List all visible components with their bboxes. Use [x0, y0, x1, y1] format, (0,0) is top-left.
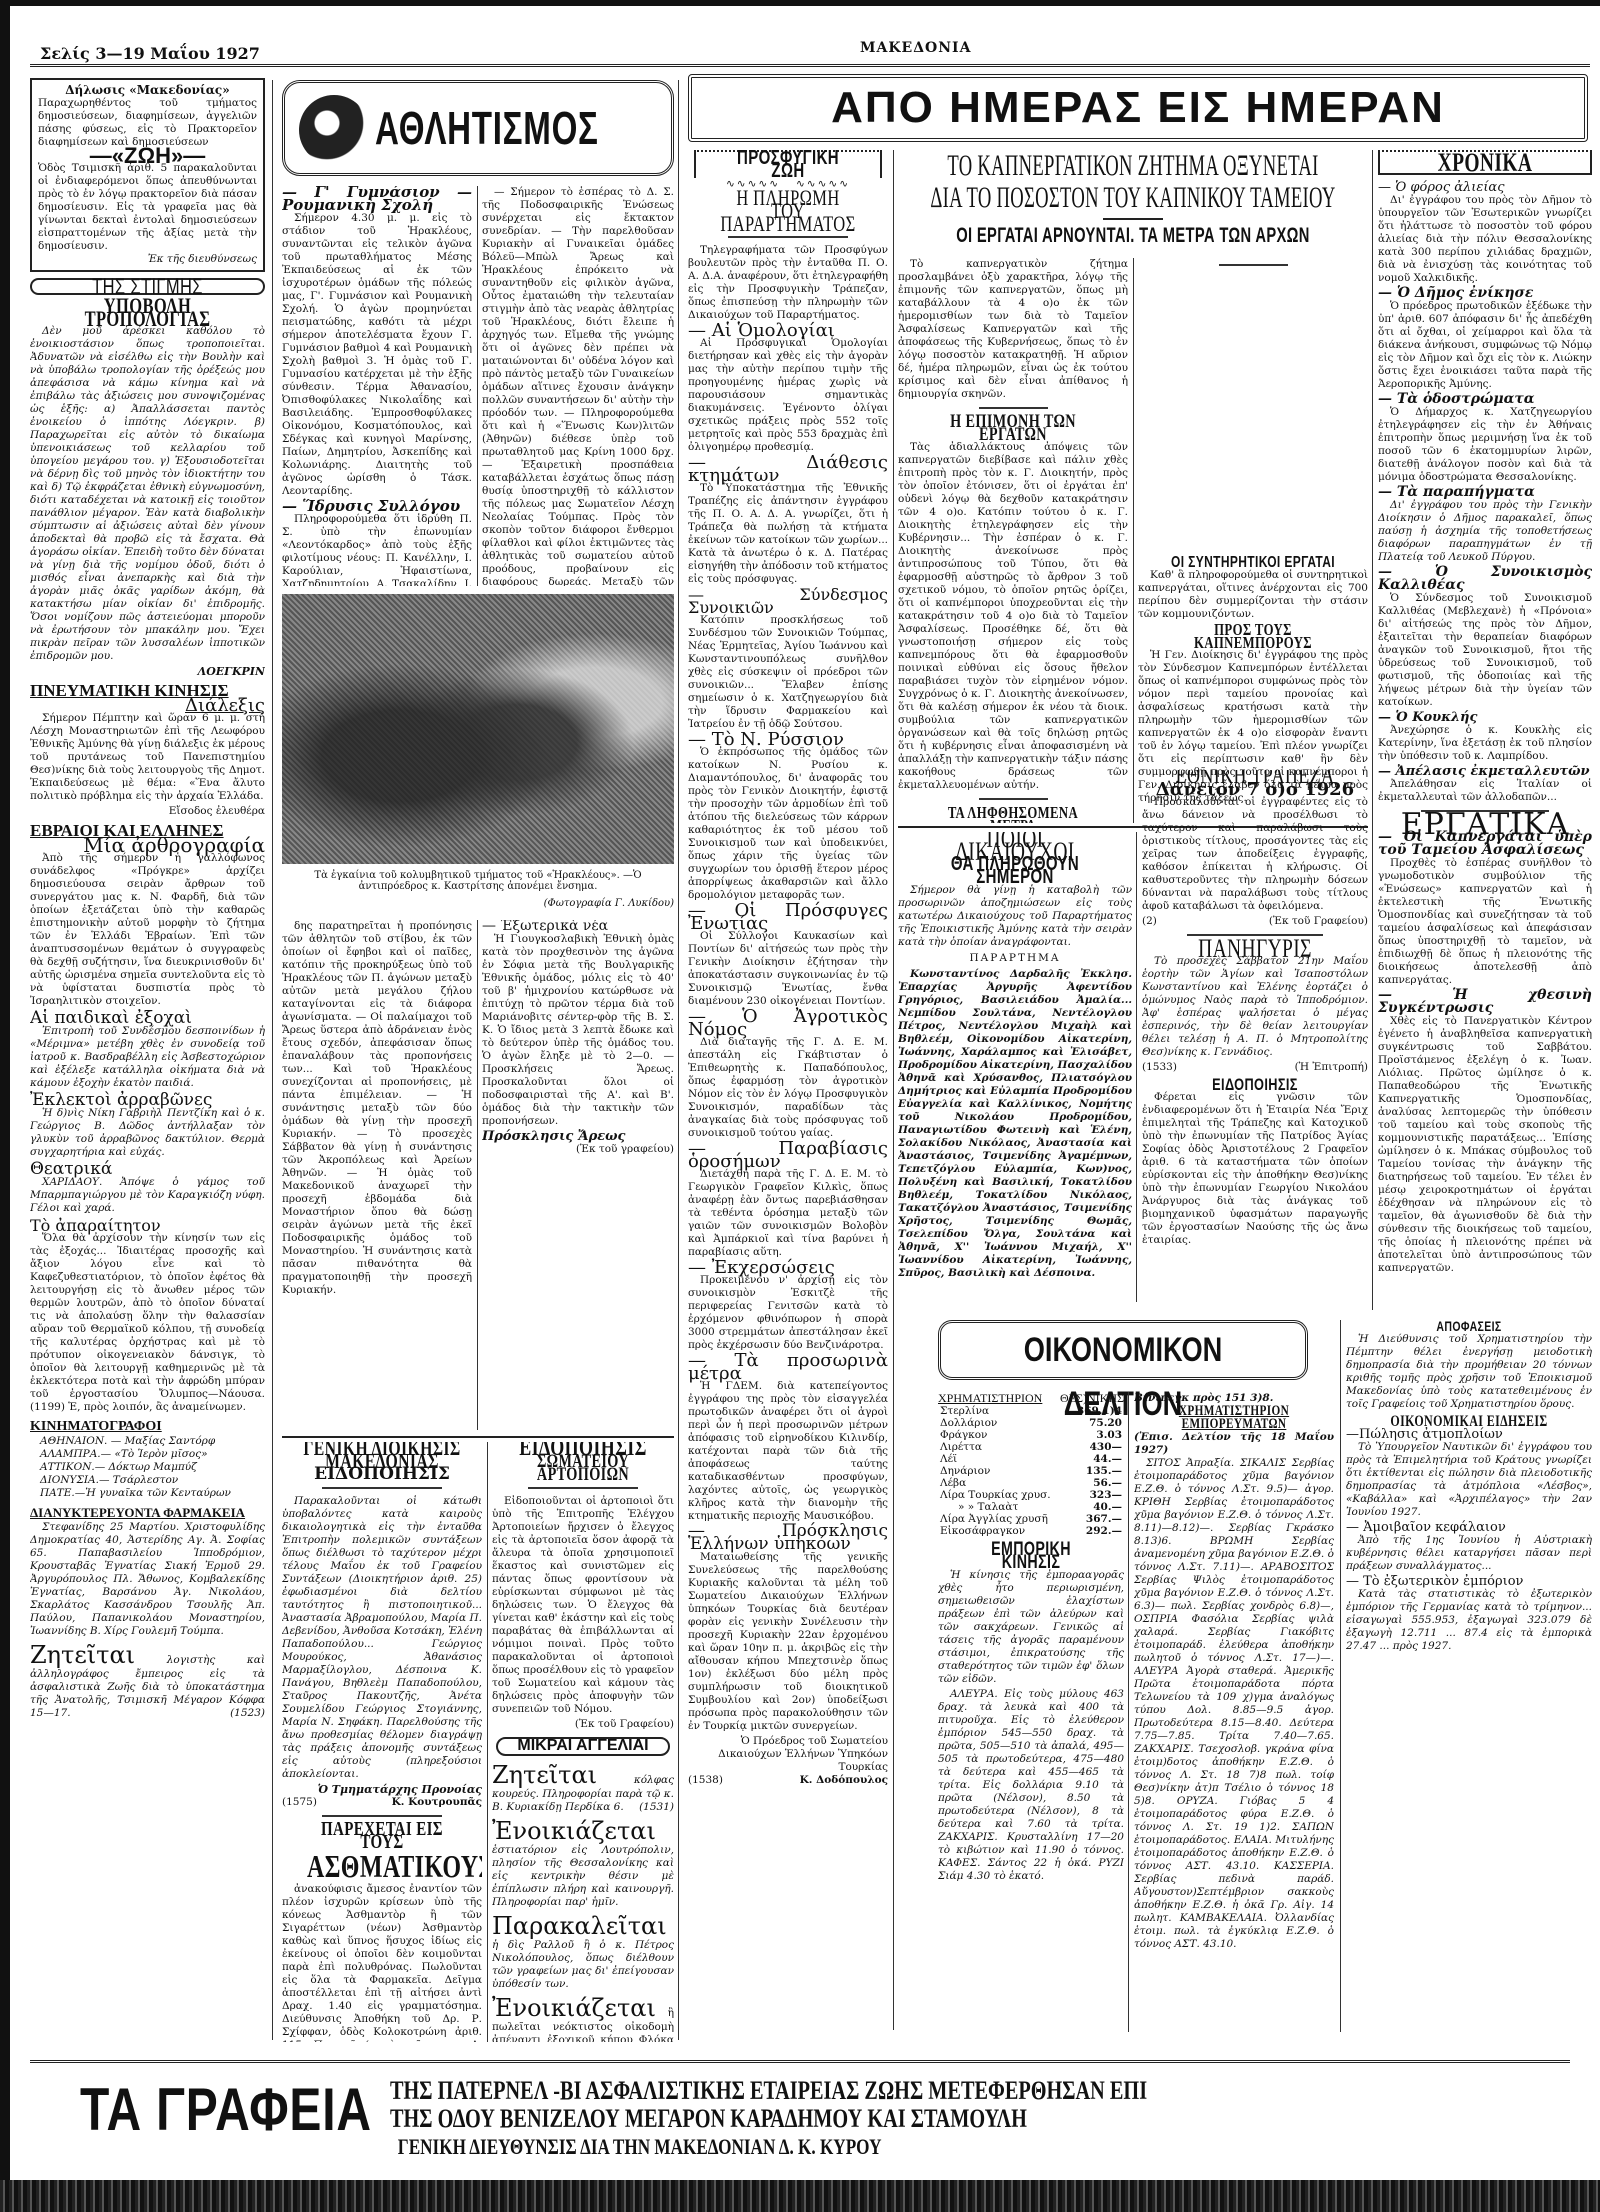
proskl-title: Πρόσκλησις Ἄρεως — [482, 1130, 674, 1143]
dioikisis-sign-role: Ὁ Τμηματάρχης Προνοίας — [282, 1783, 482, 1796]
prosfygiki-item: — Αἱ Ὁμολογίαι Αἱ Προσφυγικαὶ Ὁμολογίαι … — [688, 324, 888, 454]
dikaiouxoi-title-2: ΘΑ ΠΛΗΡΩΘΟΥΝ ΣΗΜΕΡΟΝ — [927, 858, 1103, 884]
table-row: Λέϊ44.— — [938, 1453, 1124, 1465]
table-row: Λίρα Τουρκίας χρυσ.323— — [938, 1489, 1124, 1501]
emporiki-body: Ἡ κίνησις τῆς ἐμπορααγορᾶς χθὲς ἦτο περι… — [938, 1569, 1124, 1686]
cinema-item: ΑΤΤΙΚΟΝ.— Δόκτωρ Μαμπύζ — [40, 1461, 265, 1474]
dioikisis-sign-row: (1575) Κ. Κουτρουπᾶς — [282, 1796, 482, 1809]
ad-word: Ζητεῖται — [492, 1761, 597, 1789]
oikonomikon-banner: ΟΙΚΟΝΟΜΙΚΟΝ ΔΕΛΤΙΟΝ — [938, 1320, 1308, 1380]
gym-body: Σήμερον 4.30 μ. μ. εἰς τὸ στάδιον τοῦ Ἡρ… — [282, 212, 472, 498]
main-banner-title: ΑΠΟ ΗΜΕΡΑΣ ΕΙΣ ΗΜΕΡΑΝ — [692, 78, 1584, 138]
plirom-title-2: ΤΟΥ ΠΑΡΑΡΤΗΜΑΤΟΣ — [713, 204, 863, 230]
prosfygiki-item: — Τὸ Ν. Ρύσσιον Ὁ ἐκπρόσωπος τῆς ὁμάδος … — [688, 733, 888, 902]
item-body: Διὰ διαταγῆς τῆς Γ. Δ. Ε. Μ. ἀπεστάλη εἰ… — [688, 1036, 888, 1140]
item-body: Ὁ Σύνδεσμος τοῦ Συνοικισμοῦ Καλλιθέας (Μ… — [1378, 592, 1592, 709]
sports-col-right: — Σήμερον τὸ ἑσπέρας τὸ Δ. Σ. τῆς Ποδοσφ… — [482, 186, 674, 586]
column-divider — [1372, 150, 1373, 1310]
emporiki-title: ΕΜΠΟΡΙΚΗ ΚΙΝΗΣΙΣ — [961, 1543, 1101, 1569]
item-title: — Τὰ παραπήγματα — [1378, 486, 1592, 499]
xronika-item: — Ἀπέλασις ἐκμεταλλευτῶν Ἀπελάθησαν εἰς … — [1378, 765, 1592, 804]
xronika-item: — Ὁ Κουκλής Ἀνεχώρησε ὁ κ. Κουκλὴς εἰς Κ… — [1378, 711, 1592, 763]
footer-advertisement: ΤΑ ΓΡΑΦΕΙΑ ΤΗΣ ΠΑΤΕΡΝΕΛ -ΒΙ ΑΣΦΑΛΙΣΤΙΚΗΣ… — [80, 2075, 1560, 2185]
item-body: Ἀπὸ τῆς 1ης Ἰουνίου ἡ Αὐστριακὴ κυβέρνησ… — [1346, 1534, 1592, 1573]
dioikisis-body: Παρακαλοῦνται οἱ κάτωθι ὑποβαλόντες κατὰ… — [282, 1495, 482, 1781]
dioikisis-code: (1575) — [282, 1796, 317, 1809]
xrim-header: ΧΡΗΜΑΤΙΣΤΗΡΙΟΝ ΘΕΣ)ΝΙΚΗΣ — [938, 1392, 1124, 1405]
sports-bottom-rule — [282, 1436, 674, 1438]
classified-ad: Παρακαλεῖται ἡ δὶς Ραλλοῦ ἢ ὁ κ. Πέτρος … — [492, 1913, 674, 1991]
item-title: — Τὰ ὁδοστρώματα — [1378, 393, 1592, 406]
kinima-list: ΑΘΗΝΑΙΟΝ. — Μαξίας Σαντόρφ ΑΛΑΜΠΡΑ.— «Τὸ… — [30, 1435, 265, 1500]
kapn-sub: ΟΙ ΕΡΓΑΤΑΙ ΑΡΝΟΥΝΤΑΙ. ΤΑ ΜΕΤΡΑ ΤΩΝ ΑΡΧΩΝ — [923, 224, 1343, 248]
currency: Στερλίνα — [938, 1405, 1068, 1417]
currency: Λίρα Ἀγγλίας χρυσῆ — [938, 1513, 1068, 1525]
item-body: Δι' ἐγγράφου του πρὸς τὴν Γενικὴν Διοίκη… — [1378, 499, 1592, 564]
eidop-title: ΕΙΔΟΠΟΙΗΣΙΣ — [1170, 1078, 1340, 1091]
notice-name: —«ΖΩΗ»— — [38, 149, 257, 162]
artopoioi-sign: (Ἐκ τοῦ Γραφείου) — [492, 1718, 674, 1731]
header-rule — [30, 64, 1590, 68]
dioikisis-title: ΓΕΝΙΚΗ ΔΙΟΙΚΗΣΙΣ ΜΑΚΕΔΟΝΙΑΣ — [285, 1442, 480, 1468]
proskl-sign-row: (1538) Κ. Δοδόπουλος — [688, 1774, 888, 1787]
item-title: — Αἱ Ὁμολογίαι — [688, 324, 888, 337]
farm-body: Στεφανίδης 25 Μαρτίου. Χριστοφυλίδης Δημ… — [30, 1521, 265, 1638]
epimoni-body: Τὰς ἀδιαλλάκτους ἀπόψεις τῶν καπνεργατῶν… — [898, 441, 1128, 792]
exchange-rates-table: Στερλίνα369.1)4 Δολλάριον75.20 Φράγκον3.… — [938, 1405, 1124, 1537]
column-1: Δήλωσις «Μακεδονίας» Παραχωρηθέντος τοῦ … — [30, 78, 265, 2048]
zitite-word: Ζητεῖται — [30, 1641, 135, 1669]
table-row: Στερλίνα369.1)4 — [938, 1405, 1124, 1417]
separator — [528, 1487, 637, 1489]
separator — [322, 1815, 442, 1817]
column-divider — [1128, 1392, 1129, 2032]
item-body: Τὸ Ὑπουργεῖον Ναυτικῶν δι' ἐγγράφου του … — [1346, 1441, 1592, 1519]
dateline: Σελίς 3—19 Μαΐου 1927 — [40, 44, 260, 63]
sports-lower-left-body: δης παρατηρεῖται ἡ προπόνησις τῶν ἀθλητῶ… — [282, 920, 472, 1297]
rate: 369.1)4 — [1068, 1405, 1124, 1417]
footer-big-title: ΤΑ ΓΡΑΦΕΙΑ — [80, 2075, 372, 2144]
ethniki-col: ΕΘΝΙΚΗ ΤΡΑΠΕΖΑ Δάνειον 7 ο)ο 1926 Προσκα… — [1142, 770, 1368, 1302]
item-body: Αἱ Προσφυγικαὶ Ὁμολογίαι διετήρησαν καὶ … — [688, 337, 888, 454]
plirom-body: Τηλεγραφήματα τῶν Προσφύγων βουλευτῶν πρ… — [688, 244, 888, 322]
dialexis-title: Διάλεξις — [30, 699, 265, 712]
athlete-icon — [299, 95, 369, 165]
item-title: — Τὸ ἐξωτερικὸν ἐμπόριον — [1346, 1575, 1592, 1588]
apofaseis-title: ΑΠΟΦΑΣΕΙΣ — [1377, 1320, 1562, 1333]
sports-photo-block: Τὰ ἐγκαίνια τοῦ κολυμβητικοῦ τμήματος το… — [282, 590, 674, 915]
rate: 44.— — [1068, 1453, 1124, 1465]
proskl-sign-role: Ὁ Πρόεδρος τοῦ Σωματείου Δικαιούχων Ἑλλή… — [688, 1735, 888, 1774]
item-body: Ἀνεχώρησε ὁ κ. Κουκλὴς εἰς Κατερίνην, ἵν… — [1378, 724, 1592, 763]
xronika-item: — Τὰ ὁδοστρώματα Ὁ Δήμαρχος κ. Χατζηγεωρ… — [1378, 393, 1592, 484]
metra-title: ΤΑ ΛΗΦΘΗΣΟΜΕΝΑ ΜΕΤΡΑ — [927, 806, 1100, 823]
prosfygiki-item: — Τὰ προσωρινὰ μέτρα Ἡ ΓΔΕΜ. διὰ κατεπεί… — [688, 1354, 888, 1523]
xronika-col: ΧΡΟΝΙΚΑ — Ὁ φόρος ἀλιείας Δι' ἐγγράφου τ… — [1378, 150, 1592, 1310]
ethniki-body: Προσκαλοῦνται οἱ ἐγγραφέντες εἰς τὸ ἄνω … — [1142, 796, 1368, 913]
classified-ad: Ἐνοικιάζεται ἢ πωλεῖται νεόκτιστος οἰκοδ… — [492, 1995, 674, 2042]
photo-credit: (Φωτογραφία Γ. Λυκίδου) — [282, 898, 674, 909]
kapn-rule — [1103, 218, 1163, 220]
kapn-title-2: ΔΙΑ ΤΟ ΠΟΣΟΣΤΟΝ ΤΟΥ ΚΑΠΝΙΚΟΥ ΤΑΜΕΙΟΥ — [897, 182, 1368, 214]
zitite-code: (1523) — [230, 1707, 265, 1720]
table-row: Λέβα56.— — [938, 1477, 1124, 1489]
xronika-item: — Ὁ φόρος ἀλιείας Δι' ἐγγράφου του πρὸς … — [1378, 181, 1592, 285]
artopoioi-col: ΕΙΔΟΠΟΙΗΣΙΣ ΣΩΜΑΤΕΙΟΥ ΑΡΤΟΠΟΙΩΝ Εἰδοποιο… — [492, 1442, 674, 2042]
apofaseis-body: Ἡ Διεύθυνσις τοῦ Χρηματιστηρίου τὴν Πέμπ… — [1346, 1333, 1592, 1411]
sports-banner-title: ΑΘΛΗΤΙΣΜΟΣ — [375, 101, 599, 155]
column-divider — [678, 80, 679, 2040]
classified-ad: Ζητεῖται κόλφας κουρεύς. Πληροφορίαι παρ… — [492, 1762, 674, 1814]
rate: 292.— — [1068, 1525, 1124, 1537]
separator — [979, 798, 1048, 800]
table-row: Φράγκον3.03 — [938, 1429, 1124, 1441]
main-banner: ΑΠΟ ΗΜΕΡΑΣ ΕΙΣ ΗΜΕΡΑΝ — [688, 74, 1588, 142]
dikaiouxoi-col: ΠΟΙΟΙ ΔΙΚΑΙΟΥΧΟΙ ΘΑ ΠΛΗΡΩΘΟΥΝ ΣΗΜΕΡΟΝ Σή… — [898, 832, 1132, 1302]
panig-title: ΠΑΝΗΓΥΡΙΣ — [1170, 942, 1340, 955]
apanteixon-body: Ὅλα θὰ ἀρχίσουν τὴν κίνησίν των εἰς τὰς … — [30, 1232, 265, 1414]
artopoioi-sub: ΣΩΜΑΤΕΙΟΥ ΑΡΤΟΠΟΙΩΝ — [515, 1455, 652, 1481]
separator — [979, 407, 1048, 409]
item-body: Ὁ Δήμαρχος κ. Χατζηγεωργίου ἐτηλεγράφησε… — [1378, 406, 1592, 484]
ad-word: Ἐνοικιάζεται — [492, 1817, 656, 1845]
apanteixon-title: Τὸ ἀπαραίτητον — [30, 1219, 265, 1232]
kapn-body: Τὸ καπνεργατικὸν ζήτημα προσλαμβάνει ὀξὺ… — [898, 258, 1128, 401]
currency: » » Ταλαὰτ — [938, 1501, 1068, 1513]
rate: 3.03 — [1068, 1429, 1124, 1441]
prosfygiki-section-box: ΠΡΟΣΦΥΓΙΚΗ ΖΩΗ — [694, 150, 882, 178]
prosfygiki-item: — Πρόσκλησις Ἑλλήνων ὑπηκόων Ματαιωθείση… — [688, 1525, 888, 1733]
ergatika-item: — Οἱ Καπνεργάται ὑπὲρ τοῦ Ταμείου Ἀσφαλί… — [1378, 831, 1592, 987]
ethniki-sign: (Ἐκ τοῦ Γραφείου) — [1269, 915, 1368, 928]
prosfygiki-section: ΠΡΟΣΦΥΓΙΚΗ ΖΩΗ — [719, 152, 857, 178]
footer-rule — [30, 2060, 1570, 2063]
column-divider — [1340, 1320, 1341, 2032]
column-divider — [487, 1442, 488, 2042]
mikrai-header: ΜΙΚΡΑΙ ΑΓΓΕΛΙΑΙ — [496, 1737, 670, 1756]
column-divider — [477, 186, 478, 586]
gym-title: — Γ' Γυμνάσιον — Ρουμανικὴ Σχολή — [282, 186, 472, 212]
panig-sign-row: (1533) (Ἡ Ἐπιτροπή) — [1142, 1061, 1368, 1074]
item-title: — Ὁ φόρος ἀλιείας — [1378, 181, 1592, 194]
ad-text: ἡ δὶς Ραλλοῦ ἢ ὁ κ. Πέτρος Νικολόπουλος,… — [492, 1939, 674, 1990]
scan-bottom-edge — [0, 2180, 1600, 2212]
table-row: Δολλάριον75.20 — [938, 1417, 1124, 1429]
item-title: — Τὸ Ν. Ρύσσιον — [688, 733, 888, 746]
arravones-body: Ἡ δ)νὶς Νίκη Γαβριὴλ Πεντζίκη καὶ ὁ κ. Γ… — [30, 1107, 265, 1159]
scan-top-border — [0, 0, 1600, 6]
item-body: Κατὰ τὰς στατιστικὰς τὸ ἐξωτερικὸν ἐμπόρ… — [1346, 1588, 1592, 1653]
swimming-photo — [282, 594, 674, 864]
item-body: Ὁ πρόεδρος πρωτοδικῶν ἐξέδωκε τὴν ὑπ' ἀρ… — [1378, 300, 1592, 391]
idrysis-body: Πληροφορούμεθα ὅτι ἱδρύθη Π. Σ. ὑπὸ τὴν … — [282, 513, 472, 586]
evraioi-sub: Μία ἀρθρογραφία — [30, 839, 265, 852]
xrim-empor-date: (Ἐπισ. Δελτίον τῆς 18 Μαΐου 1927) — [1134, 1431, 1334, 1457]
ad-code: (1531) — [639, 1801, 674, 1814]
currency: Λίρα Τουρκίας χρυσ. — [938, 1489, 1068, 1501]
panig-body: Τὸ προσεχὲς Σάββατον 21ην Μαΐου ἑορτὴν τ… — [1142, 955, 1368, 1059]
item-body: Διετάχθη παρὰ τῆς Γ. Δ. Ε. Μ. τὸ Γεωργικ… — [688, 1168, 888, 1259]
oikonomikon-left: ΧΡΗΜΑΤΙΣΤΗΡΙΟΝ ΘΕΣ)ΝΙΚΗΣ Στερλίνα369.1)4… — [938, 1392, 1124, 2032]
rate: 430— — [1068, 1441, 1124, 1453]
xronika-item: — Ὁ Δῆμος ἐνίκησε Ὁ πρόεδρος πρωτοδικῶν … — [1378, 287, 1592, 391]
notice-sign: Ἐκ τῆς διευθύνσεως — [38, 253, 257, 266]
rate: 75.20 — [1068, 1417, 1124, 1429]
ad-word: Παρακαλεῖται — [492, 1912, 667, 1940]
item-body: Χθὲς εἰς τὸ Πανεργατικὸν Κέντρον ἐγένετο… — [1378, 1015, 1592, 1275]
footer-lines: ΤΗΣ ΠΑΤΕΡΝΕΛ -ΒΙ ΑΣΦΑΛΙΣΤΙΚΗΣ ΕΤΑΙΡΕΙΑΣ … — [390, 2077, 1147, 2161]
prosfygiki-item: — Οἱ Πρόσφυγες Ἐνωτίας Οἱ Σύλλογοι Καυκα… — [688, 904, 888, 1008]
item-body: Προχθὲς τὸ ἑσπέρας συνῆλθον τὸ γνωμοδοτι… — [1378, 857, 1592, 987]
asthma-body: ἀνακούφισις ἄμεσος ἐναντίον τῶν πλέον ἰσ… — [282, 1883, 482, 2042]
dikaiouxoi-body: Σήμερον θὰ γίνῃ ἡ καταβολὴ τῶν προσωρινῶ… — [898, 884, 1132, 949]
currency: Λιρέττα — [938, 1441, 1068, 1453]
artopoioi-body: Εἰδοποιοῦνται οἱ ἀρτοποιοὶ ὅτι ὑπὸ τῆς Ἐ… — [492, 1495, 674, 1716]
item-body: Ματαιωθείσης τῆς γενικῆς Συνελεύσεως τῆς… — [688, 1551, 888, 1733]
ad-word: Ἐνοικιάζεται — [492, 1994, 656, 2022]
column-divider — [893, 150, 894, 2030]
tropologia-body: Δὲν μοῦ ἀρέσκει καθόλου τὸ ἐνοικιοστάσιο… — [30, 325, 265, 663]
proskl-name: Κ. Δοδόπουλος — [800, 1774, 888, 1787]
table-row: Λίρα Ἀγγλίας χρυσῆ367.— — [938, 1513, 1124, 1525]
item-title: — Ὁ Συνοικισμὸς Καλλιθέας — [1378, 566, 1592, 592]
panig-sign: (Ἡ Ἐπιτροπή) — [1295, 1061, 1368, 1074]
sports-banner: ΑΘΛΗΤΙΣΜΟΣ — [282, 80, 674, 176]
rate: 323— — [1068, 1489, 1124, 1501]
notice-title: Δήλωσις «Μακεδονίας» — [38, 84, 257, 97]
notice-tail: Ὁδὸς Τσιμισκῆ ἀριθ. 5 παρακαλοῦνται οἱ ἐ… — [38, 162, 257, 253]
idrysis-title: — Ἵδρυσις Συλλόγου — [282, 500, 472, 513]
exoxai-title: Αἱ παιδικαὶ ἐξοχαὶ — [30, 1012, 265, 1025]
proskl-sign: (Ἐκ τοῦ γραφείου) — [482, 1143, 674, 1156]
item-title: — Διάθεσις κτημάτων — [688, 456, 888, 482]
xronika-item: — Τὰ παραπήγματα Δι' ἐγγράφου του πρὸς τ… — [1378, 486, 1592, 564]
footer-line-3: ΓΕΝΙΚΗ ΔΙΕΥΘΥΝΣΙΣ ΔΙΑ ΤΗΝ ΜΑΚΕΔΟΝΙΑΝ Δ. … — [390, 2133, 1147, 2161]
xrim-label: ΧΡΗΜΑΤΙΣΤΗΡΙΟΝ — [938, 1392, 1042, 1405]
prosfygiki-item: — Ὁ Ἀγροτικὸς Νόμος Διὰ διαταγῆς τῆς Γ. … — [688, 1010, 888, 1140]
photo-caption: Τὰ ἐγκαίνια τοῦ κολυμβητικοῦ τμήματος το… — [282, 870, 674, 892]
xronika-item: — Ὁ Συνοικισμὸς Καλλιθέας Ὁ Σύνδεσμος το… — [1378, 566, 1592, 709]
currency: Λέβα — [938, 1477, 1068, 1489]
page-edge-shadow — [0, 0, 10, 2212]
item-title: — Ὁ Δῆμος ἐνίκησε — [1378, 287, 1592, 300]
item-body: Οἱ Σύλλογοι Καυκασίων καὶ Ποντίων δι' αἰ… — [688, 930, 888, 1008]
item-body: Κατόπιν προσκλήσεως τοῦ Συνδέσμου τῶν Συ… — [688, 614, 888, 731]
sports-lower-left: δης παρατηρεῖται ἡ προπόνησις τῶν ἀθλητῶ… — [282, 920, 472, 1430]
currency: Φράγκον — [938, 1429, 1068, 1441]
column-divider — [1133, 258, 1134, 823]
asthma-title-1: ΠΑΡΕΧΕΤΑΙ ΕΙΣ ΤΟΥΣ — [307, 1823, 457, 1849]
item-title: — Ὁ Κουκλής — [1378, 711, 1592, 724]
prosfygiki-col: ΠΡΟΣΦΥΓΙΚΗ ΖΩΗ ∿∿∿∿∿ ∿∿∿∿∿ Η ΠΛΗΡΩΜΗ ΤΟΥ… — [688, 150, 888, 2030]
eidiseis-item: —Πώλησις ἀτμοπλοίων Τὸ Ὑπουργεῖον Ναυτικ… — [1346, 1428, 1592, 1519]
emporiki-body-2: ΑΛΕΥΡΑ. Εἰς τοὺς μύλους 463 δραχ. τὰ λευ… — [938, 1688, 1124, 1883]
item-title: — Παραβίασις ὁροσήμων — [688, 1142, 888, 1168]
exoterika-title: — Ἐξωτερικὰ νέα — [482, 920, 674, 933]
ergatika-item: — Ἡ χθεσινὴ Συγκέντρωσις Χθὲς εἰς τὸ Παν… — [1378, 989, 1592, 1275]
arravones-title: Ἐκλεκτοὶ ἀρραβῶνες — [30, 1094, 265, 1107]
item-body: Ἀπελάθησαν εἰς Ἰταλίαν οἱ ἐκμεταλλευταὶ … — [1378, 778, 1592, 804]
dialexis-body: Σήμερον Πέμπτην καὶ ὥραν 6 μ. μ. στὴ Λέσ… — [30, 712, 265, 803]
rate: 367.— — [1068, 1513, 1124, 1525]
item-title: — Ἀμοιβαῖον κεφάλαιον — [1346, 1521, 1592, 1534]
footer-line-1: ΤΗΣ ΠΑΤΕΡΝΕΛ -ΒΙ ΑΣΦΑΛΙΣΤΙΚΗΣ ΕΤΑΙΡΕΙΑΣ … — [390, 2077, 1147, 2105]
dioikisis-col: ΓΕΝΙΚΗ ΔΙΟΙΚΗΣΙΣ ΜΑΚΕΔΟΝΙΑΣ ΕΙΔΟΠΟΙΗΣΙΣ … — [282, 1442, 482, 2042]
item-title: — Τὰ προσωρινὰ μέτρα — [688, 1354, 888, 1380]
partima-body: Κωνσταντίνος Δαρδαλῆς Ἐκκλησ. Ἐπαρχίας Ἀ… — [898, 968, 1132, 1280]
column-divider — [477, 920, 478, 1430]
cinema-item: ΑΘΗΝΑΙΟΝ. — Μαξίας Σαντόρφ — [40, 1435, 265, 1448]
currency: Εἰκοσάφραγκον — [938, 1525, 1068, 1537]
notice-box: Δήλωσις «Μακεδονίας» Παραχωρηθέντος τοῦ … — [30, 78, 265, 272]
xronika-title: ΧΡΟΝΙΚΑ — [1411, 156, 1560, 169]
eidiseis-item: — Ἀμοιβαῖον κεφάλαιον Ἀπὸ τῆς 1ης Ἰουνίο… — [1346, 1521, 1592, 1573]
item-body: Ὁ ἐκπρόσωπος τῆς ὁμάδος τῶν κατοίκων Ν. … — [688, 746, 888, 902]
table-row: Λιρέττα430— — [938, 1441, 1124, 1453]
prosfygiki-item: — Παραβίασις ὁροσήμων Διετάχθη παρὰ τῆς … — [688, 1142, 888, 1259]
xrim-empor-title: ΧΡΗΜΑΤΙΣΤΗΡΙΟΝ ΕΜΠΟΡΕΥΜΑΤΩΝ — [1144, 1405, 1324, 1431]
cinema-item: ΠΑΤΕ.—Ἡ γυναῖκα τῶν Κενταύρων — [40, 1487, 265, 1500]
sports-col-left: — Γ' Γυμνάσιον — Ρουμανικὴ Σχολή Σήμερον… — [282, 186, 472, 586]
mikrai-title: ΜΙΚΡΑΙ ΑΓΓΕΛΙΑΙ — [517, 1737, 648, 1754]
column-divider — [1136, 832, 1137, 1302]
oikonomikon-far-right: ΑΠΟΦΑΣΕΙΣ Ἡ Διεύθυνσις τοῦ Χρηματιστηρίο… — [1346, 1320, 1592, 2032]
synt-body: Καθ' ἃ πληροφορούμεθα οἱ συντηρητικοὶ κα… — [1138, 569, 1368, 621]
eidiseis-title: ΟΙΚΟΝΟΜΙΚΑΙ ΕΙΔΗΣΕΙΣ — [1377, 1415, 1562, 1428]
evraioi-body: Ἀπὸ τῆς σήμερον ἡ γαλλόφωνος συνάδελφος … — [30, 852, 265, 1008]
currency: Λέϊ — [938, 1453, 1068, 1465]
prosfygiki-item: — Σύνδεσμος Συνοικιῶν Κατόπιν προσκλήσεω… — [688, 588, 888, 731]
separator — [1219, 264, 1288, 266]
item-title: — Ὁ Ἀγροτικὸς Νόμος — [688, 1010, 888, 1036]
xronika-header: ΧΡΟΝΙΚΑ — [1378, 150, 1592, 175]
tropologia-title: ΥΠΟΒΟΛΗ ΤΡΟΠΟΛΟΓΙΑΣ — [59, 299, 235, 325]
xrim-city: ΘΕΣ)ΝΙΚΗΣ — [1060, 1392, 1124, 1405]
separator — [728, 236, 848, 238]
table-row: » » Ταλαὰτ40.— — [938, 1501, 1124, 1513]
kinima-title: ΚΙΝΗΜΑΤΟΓΡΑΦΟΙ — [30, 1420, 265, 1433]
sports-lower-right: — Ἐξωτερικὰ νέα Ἡ Γιουγκοσλαβικὴ Ἐθνικὴ … — [482, 920, 674, 1430]
item-title: — Πρόσκλησις Ἑλλήνων ὑπηκόων — [688, 1525, 888, 1551]
theatrika-title: Θεατρικά — [30, 1163, 265, 1176]
rate: 40.— — [1068, 1501, 1124, 1513]
pros-title: ΠΡΟΣ ΤΟΥΣ ΚΑΠΝΕΜΠΟΡΟΥΣ — [1167, 623, 1340, 649]
item-body: Δι' ἐγγράφου του πρὸς τὸν Δῆμον τὸ ὑπουρ… — [1378, 194, 1592, 285]
synt-title: ΟΙ ΣΥΝΤΗΡΗΤΙΚΟΙ ΕΡΓΑΤΑΙ — [1167, 556, 1340, 569]
proskl-code: (1538) — [688, 1774, 723, 1787]
asthma-title-2: ΑΣΘΜΑΤΙΚΟΥΣ — [307, 1849, 457, 1883]
theatrika-body: ΧΑΡΙΔΑΟΥ. Ἀπόψε ὁ γάμος τοῦ Μπαρμπαγιώργ… — [30, 1176, 265, 1215]
separator — [322, 1487, 442, 1489]
item-body: Τὸ Ὑποκατάστημα τῆς Ἐθνικῆς Τραπέζης εἰς… — [688, 482, 888, 586]
kapn-col-left: Τὸ καπνεργατικὸν ζήτημα προσλαμβάνει ὀξὺ… — [898, 258, 1128, 823]
cinema-item: ΑΛΑΜΠΡΑ.— «Τὸ Ἱερὸν μῖσος» — [40, 1448, 265, 1461]
kapn-col-right: ΟΙ ΣΥΝΤΗΡΗΤΙΚΟΙ ΕΡΓΑΤΑΙ Καθ' ἃ πληροφορο… — [1138, 258, 1368, 823]
item-title: — Σύνδεσμος Συνοικιῶν — [688, 588, 888, 614]
dialexis-sign: Εἴσοδος ἐλευθέρα — [30, 805, 265, 818]
item-title: — Ἐκχερσώσεις — [688, 1261, 888, 1274]
stigmis-title: ΤΗΣ ΣΤΙΓΜΗΣ — [61, 280, 234, 293]
eidiseis-item: — Τὸ ἐξωτερικὸν ἐμπόριον Κατὰ τὰς στατισ… — [1346, 1575, 1592, 1653]
table-row: Δηνάριον135.— — [938, 1465, 1124, 1477]
item-title: — Οἱ Πρόσφυγες Ἐνωτίας — [688, 904, 888, 930]
oikonomikon-right: Βίνιπεγκ πρὸς 151 3)8. ΧΡΗΜΑΤΙΣΤΗΡΙΟΝ ΕΜ… — [1134, 1392, 1334, 2032]
cinema-item: ΔΙΟΝΥΣΙΑ.— Τσάρλεστον — [40, 1474, 265, 1487]
item-body: Ἡ ΓΔΕΜ. διὰ κατεπείγοντος ἐγγράφου της π… — [688, 1380, 888, 1523]
item-title: — Ἀπέλασις ἐκμεταλλευτῶν — [1378, 765, 1592, 778]
farm-title: ΔΙΑΝΥΚΤΕΡΕΥΟΝΤΑ ΦΑΡΜΑΚΕΙΑ — [30, 1506, 265, 1519]
currency: Δηνάριον — [938, 1465, 1068, 1477]
xrim-empor-body: ΣΙΤΟΣ Ἀπραξία. ΣΙΚΑΛΙΣ Σερβίας ἑτοιμοπαρ… — [1134, 1457, 1334, 1951]
sports-news-body: — Σήμερον τὸ ἑσπέρας τὸ Δ. Σ. τῆς Ποδοσφ… — [482, 186, 674, 586]
currency: Δολλάριον — [938, 1417, 1068, 1429]
kapnergatiko-headline: ΤΟ ΚΑΠΝΕΡΓΑΤΙΚΟΝ ΖΗΤΗΜΑ ΟΞΥΝΕΤΑΙ ΔΙΑ ΤΟ … — [898, 150, 1368, 248]
item-title: — Ἡ χθεσινὴ Συγκέντρωσις — [1378, 989, 1592, 1015]
table-row: Εἰκοσάφραγκον292.— — [938, 1525, 1124, 1537]
exoterika-body: Ἡ Γιουγκοσλαβικὴ Ἐθνικὴ ὁμὰς κατὰ τὸν πρ… — [482, 933, 674, 1128]
rate: 56.— — [1068, 1477, 1124, 1489]
item-title: — Οἱ Καπνεργάται ὑπὲρ τοῦ Ταμείου Ἀσφαλί… — [1378, 831, 1592, 857]
kapn-title-1: ΤΟ ΚΑΠΝΕΡΓΑΤΙΚΟΝ ΖΗΤΗΜΑ ΟΞΥΝΕΤΑΙ — [897, 150, 1368, 182]
classified-ad: Ἐνοικιάζεται ἑστιατόριον εἰς Λουτρόπολιν… — [492, 1818, 674, 1909]
masthead: ΜΑΚΕΔΟΝΙΑ — [860, 40, 971, 56]
exoxai-body: Ἐπιτροπὴ τοῦ Συνδέσμου δεσποινίδων ἡ «Μέ… — [30, 1025, 265, 1090]
prosfygiki-item: — Διάθεσις κτημάτων Τὸ Ὑποκατάστημα τῆς … — [688, 456, 888, 586]
ethniki-title: ΕΘΝΙΚΗ ΤΡΑΠΕΖΑ — [1170, 770, 1340, 783]
dioikisis-sign-name: Κ. Κουτρουπᾶς — [392, 1796, 482, 1809]
ethniki-sign-row: (2) (Ἐκ τοῦ Γραφείου) — [1142, 915, 1368, 928]
footer-line-2: ΤΗΣ ΟΔΟΥ ΒΕΝΙΖΕΛΟΥ ΜΕΓΑΡΟΝ ΚΑΡΑΔΗΜΟΥ ΚΑΙ… — [390, 2105, 1147, 2133]
tropologia-sign: ΛΟΕΓΚΡΙΝ — [30, 665, 265, 678]
notice-body: Παραχωρηθέντος τοῦ τμήματος δημοσιεύσεων… — [38, 97, 257, 149]
prosfygiki-item: — Ἐκχερσώσεις Προκειμένου ν' ἀρχίσῃ εἰς … — [688, 1261, 888, 1352]
partima-title: ΠΑΡΑΡΤΗΜΑ — [898, 952, 1132, 965]
ethniki-code: (2) — [1142, 915, 1157, 928]
zitite-ad: Ζητεῖται λογιστὴς καὶ ἀλληλογράφος ἔμπει… — [30, 1642, 265, 1720]
eidop-body: Φέρεται εἰς γνῶσιν τῶν ἐνδιαφερομένων ὅτ… — [1142, 1091, 1368, 1247]
panig-code: (1533) — [1142, 1061, 1177, 1074]
epimoni-title: Η ΕΠΙΜΟΝΗ ΤΩΝ ΕΡΓΑΤΩΝ — [927, 415, 1100, 441]
column-divider — [272, 80, 273, 2040]
rate: 135.— — [1068, 1465, 1124, 1477]
item-body: Προκειμένου ν' ἀρχίσῃ εἰς τὸν συνοικισμὸ… — [688, 1274, 888, 1352]
ad-text: ἑστιατόριον εἰς Λουτρόπολιν, πλησίον τῆς… — [492, 1844, 674, 1908]
